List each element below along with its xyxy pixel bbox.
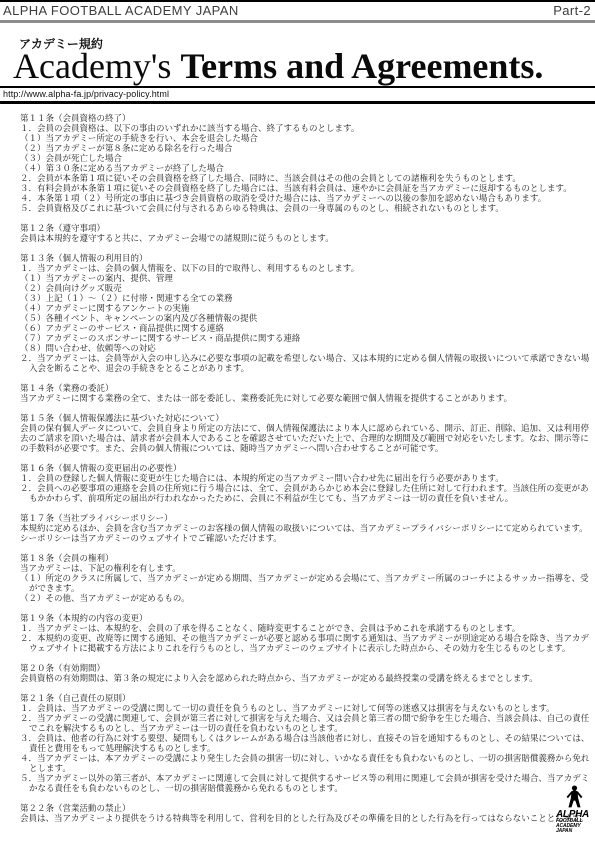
- section-line: かなる責任をも負わないものとし、一切の損害賠償義務から免れるものとします。: [20, 783, 589, 793]
- page-title: Academy's Terms and Agreements.: [13, 47, 543, 85]
- section-line: 会員資格の有効期間は、第３条の規定により入会を認められた時点から、当アカデミーが…: [20, 673, 589, 683]
- section-line: （７）アカデミーのスポンサーに関するサービス・商品提供に関する連絡: [20, 333, 589, 343]
- terms-section: 第１４条（業務の委託）当アカデミーに関する業務の全て、または一部を委託し、業務委…: [20, 383, 589, 403]
- section-line: １．会員の会員資格は、以下の事由のいずれかに該当する場合、終了するものとします。: [20, 123, 589, 133]
- section-line: とします。: [20, 763, 589, 773]
- section-line: （４）第３０条に定める当アカデミーが終了した場合: [20, 163, 589, 173]
- section-heading: 第２２条（営業活動の禁止）: [20, 803, 589, 813]
- section-line: ２．本規約の変更、改廃等に関する通知、その他当アカデミーが必要と認める事項に関す…: [20, 633, 589, 643]
- section-line: （４）アカデミーに関するアンケートの実施: [20, 303, 589, 313]
- section-line: 去のご請求を頂いた場合は、請求者が会員本人であることを確認させていただいた上で、…: [20, 433, 589, 443]
- terms-body: 第１１条（会員資格の終了）１．会員の会員資格は、以下の事由のいずれかに該当する場…: [20, 113, 589, 833]
- section-line: 会員は本規約を遵守すると共に、アカデミー会場での諸規則に従うものとします。: [20, 233, 589, 243]
- part-label: Part-2: [553, 3, 591, 18]
- terms-section: 第１３条（個人情報の利用目的）１．当アカデミーは、会員の個人情報を、以下の目的で…: [20, 253, 589, 373]
- section-line: （３）上記（１）～（２）に付帯・関連する全ての業務: [20, 293, 589, 303]
- section-line: 責任と費用をもって処理解決するものとします。: [20, 743, 589, 753]
- section-line: でこれを解決するものとし、当アカデミーは一切の責任を負わないものとします。: [20, 723, 589, 733]
- section-line: （６）アカデミーのサービス・商品提供に関する連絡: [20, 323, 589, 333]
- section-line: ２．当アカデミーの受講に関連して、会員が第三者に対して損害を与えた場合、又は会員…: [20, 713, 589, 723]
- section-line: ５．当アカデミー以外の第三者が、本アカデミーに関連して会員に対して提供するサービ…: [20, 773, 589, 783]
- section-heading: 第２０条（有効期間）: [20, 663, 589, 673]
- section-line: （１）所定のクラスに所属して、当アカデミーが定める期間、当アカデミーが定める会場…: [20, 573, 589, 583]
- section-heading: 第１５条（個人情報保護法に基づいた対応について）: [20, 413, 589, 423]
- section-heading: 第１３条（個人情報の利用目的）: [20, 253, 589, 263]
- academy-logo: ALPHA FOOTBALL ACADEMY JAPAN: [556, 785, 594, 833]
- section-line: ３．有料会員が本条第１項に従いその会員資格を終了した場合には、当該有料会員は、速…: [20, 183, 589, 193]
- terms-section: 第１２条（遵守事項）会員は本規約を遵守すると共に、アカデミー会場での諸規則に従う…: [20, 223, 589, 243]
- section-line: １．会員は、当アカデミーの受講に関して一切の責任を負うものとし、当アカデミーに対…: [20, 703, 589, 713]
- terms-section: 第１６条（個人情報の変更届出の必要性）１．会員の登録した個人情報に変更が生じた場…: [20, 463, 589, 503]
- brand-text: ALPHA FOOTBALL ACADEMY JAPAN: [3, 3, 239, 18]
- section-line: 当アカデミーに関する業務の全て、または一部を委託し、業務委託先に対して必要な範囲…: [20, 393, 589, 403]
- terms-section: 第１７条（当社プライバシーポリシー）本規約に定めるほか、会員を含む当アカデミーの…: [20, 513, 589, 543]
- section-line: （２）当アカデミーが第８条に定める除名を行った場合: [20, 143, 589, 153]
- section-heading: 第１７条（当社プライバシーポリシー）: [20, 513, 589, 523]
- top-border-line: [0, 0, 595, 2]
- section-line: シーポリシーは当アカデミーのウェブサイトでご確認いただけます。: [20, 533, 589, 543]
- section-line: （５）各種イベント、キャンペーンの案内及び各種情報の提供: [20, 313, 589, 323]
- section-heading: 第１９条（本規約の内容の変更）: [20, 613, 589, 623]
- section-line: ２．当アカデミーは、会員等が入会の申し込みに必要な事項の記載を希望しない場合、又…: [20, 353, 589, 363]
- terms-section: 第２２条（営業活動の禁止）会員は、当アカデミーより提供をうける特典等を利用して、…: [20, 803, 589, 823]
- section-line: もかかわらず、前項所定の届出が行われなかったために、会員に不利益が生じても、当ア…: [20, 493, 589, 503]
- logo-text-japan: JAPAN: [556, 829, 594, 834]
- section-line: １．当アカデミーは、会員の個人情報を、以下の目的で取得し、利用するものとします。: [20, 263, 589, 273]
- section-line: １．会員の登録した個人情報に変更が生じた場合には、本規約所定の当アカデミー問い合…: [20, 473, 589, 483]
- section-heading: 第１８条（会員の権利）: [20, 553, 589, 563]
- section-line: ウェブサイトに掲載する方法によりこれを行うものとし、当アカデミーのウェブサイトに…: [20, 643, 589, 653]
- section-heading: 第１２条（遵守事項）: [20, 223, 589, 233]
- title-bold-part: Terms and Agreements.: [180, 46, 543, 86]
- section-heading: 第１４条（業務の委託）: [20, 383, 589, 393]
- section-line: （８）問い合わせ、依頼等への対応: [20, 343, 589, 353]
- section-line: ４．当アカデミーは、本アカデミーの受講により発生した会員の損害一切に対し、いかな…: [20, 753, 589, 763]
- terms-section: 第１１条（会員資格の終了）１．会員の会員資格は、以下の事由のいずれかに該当する場…: [20, 113, 589, 213]
- terms-section: 第２１条（自己責任の原則）１．会員は、当アカデミーの受講に関して一切の責任を負う…: [20, 693, 589, 793]
- section-line: 会員は、当アカデミーより提供をうける特典等を利用して、営利を目的とした行為及びそ…: [20, 813, 589, 823]
- section-line: ５．会員資格及びこれに基づいて会員に付与されるあらゆる特典は、会員の一身専属のも…: [20, 203, 589, 213]
- terms-section: 第１５条（個人情報保護法に基づいた対応について）会員の保有個人データについて、会…: [20, 413, 589, 453]
- terms-section: 第１９条（本規約の内容の変更）１．当アカデミーは、本規約を、会員の了承を得ること…: [20, 613, 589, 653]
- terms-section: 第２０条（有効期間）会員資格の有効期間は、第３条の規定により入会を認められた時点…: [20, 663, 589, 683]
- section-line: （２）その他、当アカデミーが定めるもの。: [20, 593, 589, 603]
- document-page: ALPHA FOOTBALL ACADEMY JAPAN Part-2 アカデミ…: [0, 0, 595, 842]
- section-heading: 第１６条（個人情報の変更届出の必要性）: [20, 463, 589, 473]
- section-line: （２）会員向けグッズ販売: [20, 283, 589, 293]
- section-line: 本規約に定めるほか、会員を含む当アカデミーのお客様の個人情報の取扱いについては、…: [20, 523, 589, 533]
- section-line: 会員の保有個人データについて、会員自身より所定の方法にて、個人情報保護法により本…: [20, 423, 589, 433]
- page-header: ALPHA FOOTBALL ACADEMY JAPAN Part-2: [3, 3, 591, 18]
- section-heading: 第１１条（会員資格の終了）: [20, 113, 589, 123]
- url-top-line: [0, 86, 595, 88]
- header-divider-line: [0, 20, 595, 23]
- section-line: 入会を断ることや、退会の手続きをとることがあります。: [20, 363, 589, 373]
- section-line: の手数料が必要です。また、会員の個人情報については、随時当アカデミーへ問い合わせ…: [20, 443, 589, 453]
- section-heading: 第２１条（自己責任の原則）: [20, 693, 589, 703]
- player-silhouette-icon: [561, 785, 588, 810]
- url-bottom-line: [0, 101, 595, 104]
- section-line: （１）当アカデミー所定の手続きを行い、本会を退会した場合: [20, 133, 589, 143]
- section-line: ができます。: [20, 583, 589, 593]
- title-regular-part: Academy's: [13, 46, 180, 86]
- terms-section: 第１８条（会員の権利）当アカデミーは、下記の権利を有します。（１）所定のクラスに…: [20, 553, 589, 603]
- section-line: 当アカデミーは、下記の権利を有します。: [20, 563, 589, 573]
- section-line: ３．会員は、他者の行為に対する要望、疑問もしくはクレームがある場合は当該他者に対…: [20, 733, 589, 743]
- section-line: ２．会員が本条第１項に従いその会員資格を終了した場合、同時に、当該会員はその他の…: [20, 173, 589, 183]
- section-line: ４．本条第１項（２）号所定の事由に基づき会員資格の取消を受けた場合には、当アカデ…: [20, 193, 589, 203]
- section-line: １．当アカデミーは、本規約を、会員の了承を得ることなく、随時変更することができ、…: [20, 623, 589, 633]
- section-line: （３）会員が死亡した場合: [20, 153, 589, 163]
- section-line: （１）当アカデミーの案内、提供、管理: [20, 273, 589, 283]
- source-url: http://www.alpha-fa.jp/privacy-policy.ht…: [3, 89, 169, 99]
- section-line: ２．会員への必要事項の連絡を会員の住所宛に行う場合には、全て、会員があらかじめ本…: [20, 483, 589, 493]
